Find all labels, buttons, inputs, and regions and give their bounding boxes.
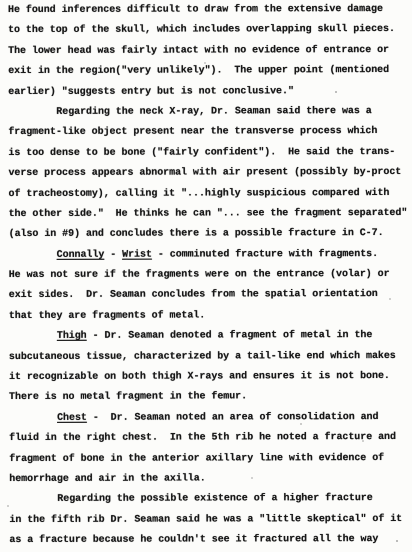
document-line: the other side." He thinks he can "... s… bbox=[9, 204, 412, 225]
document-line: is too dense to be bone ("fairly confide… bbox=[8, 143, 412, 164]
document-line: Connally - Wrist - comminuted fracture w… bbox=[9, 245, 412, 266]
underlined-heading: Connally bbox=[57, 249, 105, 260]
underlined-heading: Wrist bbox=[122, 249, 152, 260]
document-line: of tracheostomy), calling it "...highly … bbox=[8, 183, 412, 204]
document-line: to the top of the skull, which includes … bbox=[8, 20, 412, 41]
document-line: subcutaneous tissue, characterized by a … bbox=[9, 347, 412, 368]
document-line: (also in #9) and concludes there is a po… bbox=[9, 224, 412, 245]
document-line: He was not sure if the fragments were on… bbox=[9, 265, 412, 286]
document-line: Regarding the possible existence of a hi… bbox=[9, 489, 412, 510]
document-line: exit in the region("very unlikely"). The… bbox=[8, 61, 412, 82]
document-line: exit sides. Dr. Seaman concludes from th… bbox=[9, 285, 412, 306]
document-line: The lower head was fairly intact with no… bbox=[8, 41, 412, 62]
document-line: in the fifth rib Dr. Seaman said he was … bbox=[9, 510, 412, 531]
document-line: hemorrhage and air in the axilla. bbox=[9, 469, 412, 490]
document-line: Chest - Dr. Seaman noted an area of cons… bbox=[9, 408, 412, 429]
document-line: He found inferences difficult to draw fr… bbox=[8, 0, 412, 21]
document-line: Regarding the neck X-ray, Dr. Seaman sai… bbox=[8, 102, 412, 123]
document-line: Thigh - Dr. Seaman denoted a fragment of… bbox=[9, 326, 412, 347]
document-line: earlier) "suggests entry but is not conc… bbox=[8, 82, 412, 103]
document-text: He found inferences difficult to draw fr… bbox=[8, 0, 412, 552]
document-page: He found inferences difficult to draw fr… bbox=[0, 0, 412, 552]
document-line: as a fracture because he couldn't see it… bbox=[9, 530, 412, 551]
document-line: fluid in the right chest. In the 5th rib… bbox=[9, 428, 412, 449]
document-line: There is no metal fragment in the femur. bbox=[9, 387, 412, 408]
document-line: fragment-like object present near the tr… bbox=[8, 122, 412, 143]
underlined-heading: Thigh bbox=[57, 331, 87, 342]
document-line: it recognizable on both thigh X-rays and… bbox=[9, 367, 412, 388]
document-line: fragment of bone in the anterior axillar… bbox=[9, 449, 412, 470]
document-line: verse process appears abnormal with air … bbox=[8, 163, 412, 184]
underlined-heading: Chest bbox=[57, 413, 87, 424]
document-line: that they are fragments of metal. bbox=[9, 306, 412, 327]
